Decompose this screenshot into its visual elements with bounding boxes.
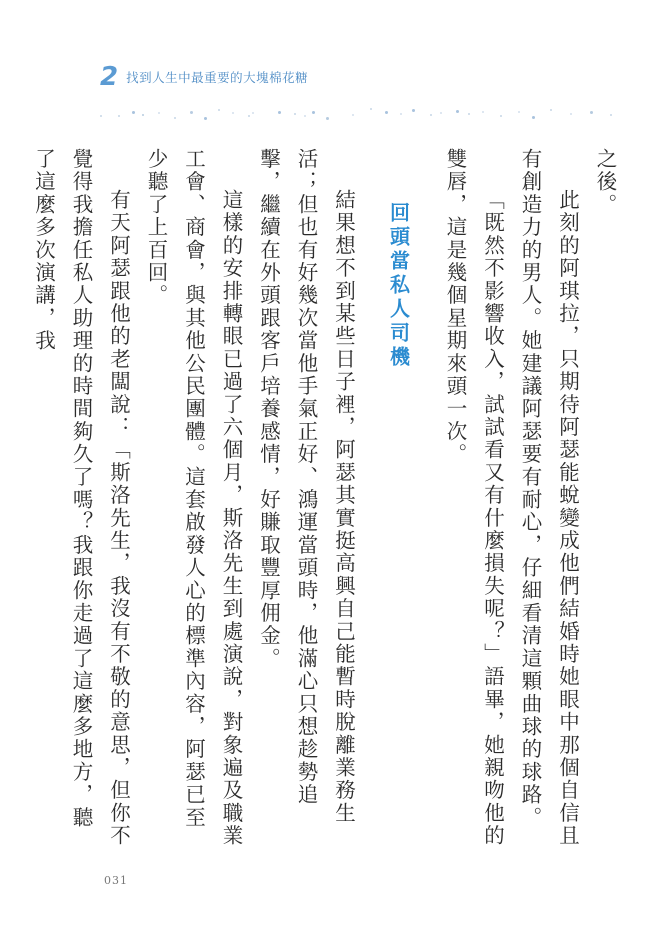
dot-ornament (100, 115, 102, 117)
dot-ornament (468, 113, 470, 115)
dot-ornament (190, 111, 193, 114)
page-number: 031 (104, 874, 128, 887)
section-heading: 回頭當私人司機 (362, 148, 436, 848)
dot-ornament (218, 109, 220, 111)
dot-ornament (610, 114, 612, 116)
dot-ornament (132, 111, 135, 114)
paragraph: 之後。 (586, 148, 624, 848)
dot-ornament (482, 111, 484, 113)
dot-ornament (232, 112, 234, 114)
dot-ornament (304, 115, 306, 117)
dot-ornament (294, 113, 296, 115)
dot-ornament (532, 116, 535, 119)
paragraph: 此刻的阿琪拉，只期待阿瑟能蛻變成他們結婚時她眼中那個自信且有創造力的男人。她建議… (511, 148, 586, 848)
dot-ornament (550, 109, 552, 111)
paragraph: 「既然不影響收入，試試看又有什麼損失呢？」語畢，她親吻他的雙唇，這是幾個星期來頭… (436, 148, 511, 848)
dot-ornament (412, 109, 415, 112)
dot-ornament (352, 114, 354, 116)
dot-ornament (142, 114, 144, 116)
dot-ornament (118, 115, 120, 117)
dot-ornament (312, 111, 315, 114)
chapter-title: 找到人生中最重要的大塊棉花糖 (126, 68, 308, 86)
chapter-number: 2 (100, 64, 118, 90)
dot-ornament (518, 111, 520, 113)
paragraph: 有天阿瑟跟他的老闆說：「斯洛先生，我沒有不敬的意思，但你不覺得我擔任私人助理的時… (24, 148, 137, 848)
dot-ornament (326, 117, 329, 120)
dot-ornament (252, 112, 254, 114)
dot-ornament (456, 110, 459, 113)
dot-ornament (248, 115, 250, 117)
dot-ornament (570, 113, 572, 115)
dot-ornament (158, 112, 160, 114)
dot-ornament (385, 111, 388, 114)
paragraph: 這樣的安排轉眼已過了六個月，斯洛先生到處演說，對象遍及職業工會、商會，與其他公民… (137, 148, 250, 848)
dot-ornament (278, 111, 281, 114)
decorative-dots (100, 105, 620, 125)
dot-ornament (500, 115, 502, 117)
dot-ornament (204, 117, 207, 120)
dot-ornament (430, 114, 432, 116)
dot-ornament (440, 112, 442, 114)
dot-ornament (174, 117, 176, 119)
paragraph: 結果想不到某些日子裡，阿瑟其實挺高興自己能暫時脫離業務生活；但也有好幾次當他手氣… (249, 148, 362, 848)
dot-ornament (590, 111, 593, 114)
vertical-text-body: 之後。 此刻的阿琪拉，只期待阿瑟能蛻變成他們結婚時她眼中那個自信且有創造力的男人… (78, 148, 623, 848)
dot-ornament (370, 108, 372, 110)
chapter-header: 2 找到人生中最重要的大塊棉花糖 (100, 64, 308, 90)
dot-ornament (400, 113, 402, 115)
